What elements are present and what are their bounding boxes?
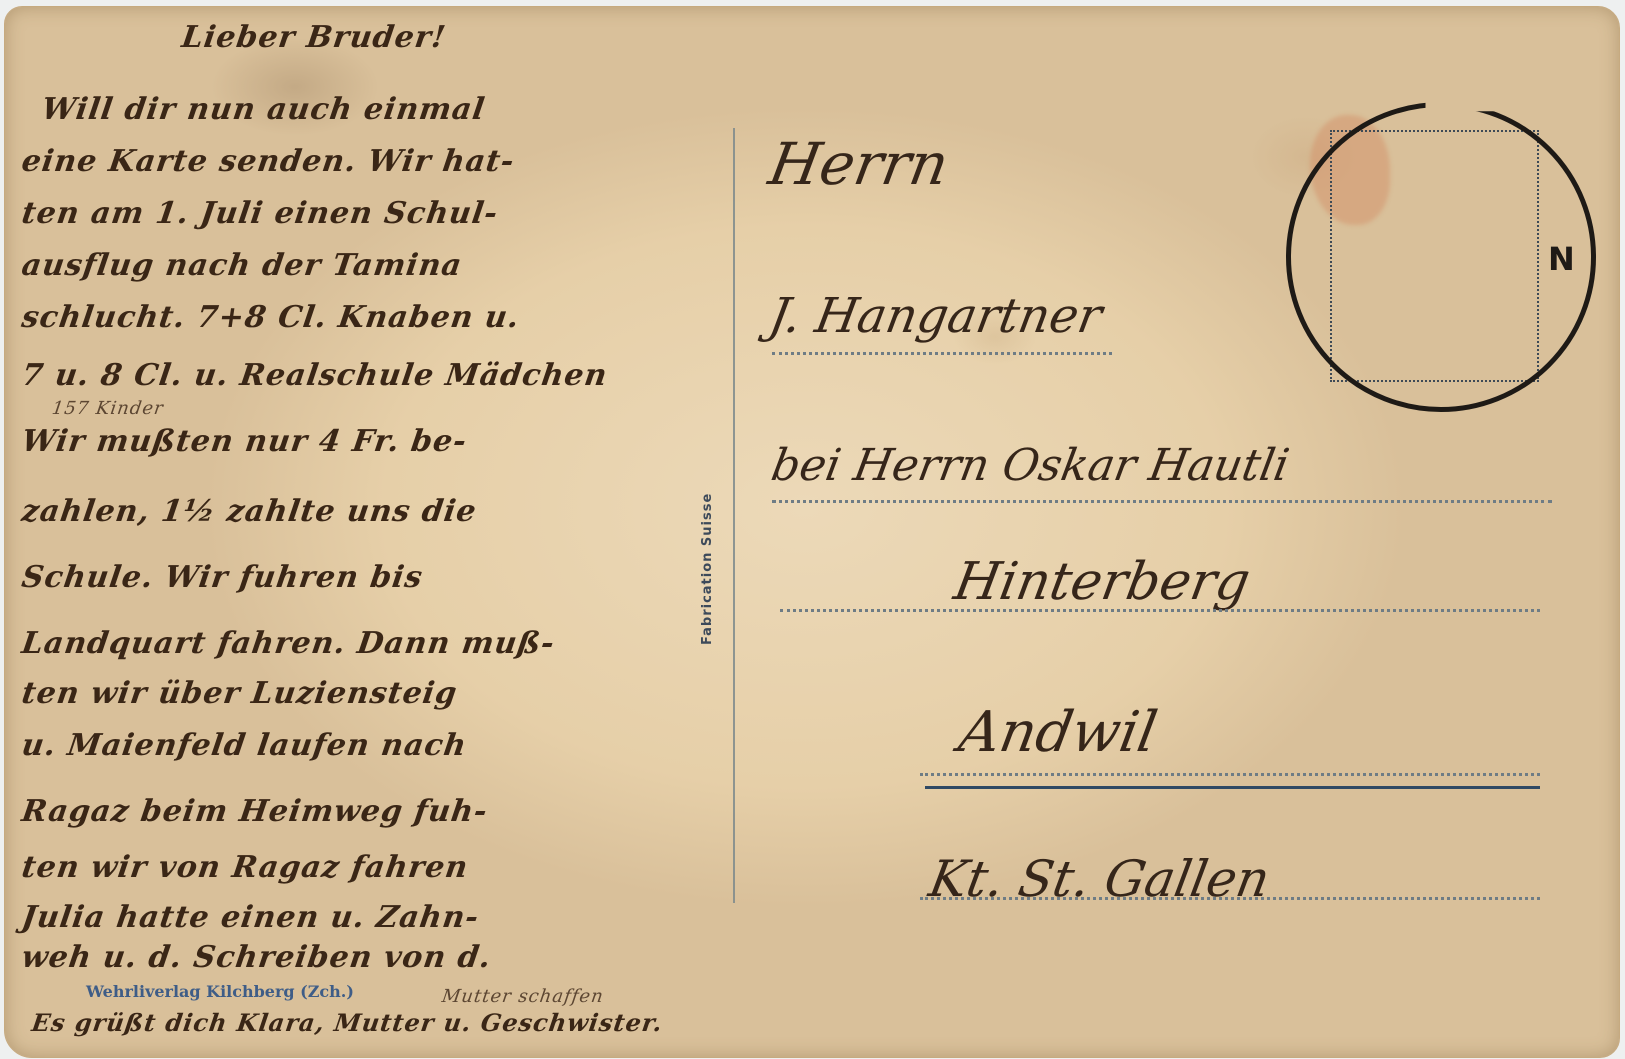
- message-line: Julia hatte einen u. Zahn-: [20, 900, 482, 935]
- message-line: Landquart fahren. Dann muß-: [20, 626, 558, 661]
- message-line: weh u. d. Schreiben von d.: [20, 940, 494, 975]
- address-dotted-line: [772, 352, 1112, 355]
- message-line: ten wir von Ragaz fahren: [20, 850, 471, 885]
- interlinear-note: 157 Kinder: [51, 398, 166, 419]
- address-town: Andwil: [954, 700, 1162, 765]
- address-dotted-line: [772, 500, 1552, 503]
- message-greeting: Lieber Bruder!: [180, 20, 449, 55]
- message-line: Schule. Wir fuhren bis: [20, 560, 426, 595]
- address-dotted-line: [920, 773, 1540, 776]
- message-line: ten wir über Luziensteig: [20, 676, 460, 711]
- message-line: Will dir nun auch einmal: [40, 92, 488, 127]
- address-underline: [925, 786, 1540, 789]
- message-line: zahlen, 1½ zahlte uns die: [20, 494, 479, 529]
- message-closing: Es grüßt dich Klara, Mutter u. Geschwist…: [30, 1008, 665, 1037]
- handwritten-message: Lieber Bruder! Will dir nun auch einmal …: [22, 14, 742, 1054]
- margin-note: Mutter schaffen: [441, 986, 606, 1007]
- message-line: Ragaz beim Heimweg fuh-: [20, 794, 490, 829]
- message-line: ausflug nach der Tamina: [20, 248, 465, 283]
- address-dotted-line: [780, 609, 1540, 612]
- address-salutation: Herrn: [764, 130, 954, 198]
- message-line: ten am 1. Juli einen Schul-: [20, 196, 501, 231]
- postmark-letter: N: [1548, 240, 1575, 278]
- message-line: 7 u. 8 Cl. u. Realschule Mädchen: [20, 358, 610, 393]
- address-care-of: bei Herrn Oskar Hautli: [768, 440, 1293, 491]
- message-line: Wir mußten nur 4 Fr. be-: [20, 424, 470, 459]
- publisher-imprint: Wehrliverlag Kilchberg (Zch.): [86, 982, 354, 1001]
- message-line: eine Karte senden. Wir hat-: [20, 144, 517, 179]
- address-dotted-line: [920, 897, 1540, 900]
- message-line: u. Maienfeld laufen nach: [20, 728, 470, 763]
- address-recipient: J. Hangartner: [765, 288, 1106, 344]
- address-locality: Hinterberg: [950, 552, 1255, 612]
- message-line: schlucht. 7+8 Cl. Knaben u.: [20, 300, 522, 335]
- divider-imprint: Fabrication Suisse: [700, 493, 715, 645]
- center-divider-line: [733, 128, 735, 903]
